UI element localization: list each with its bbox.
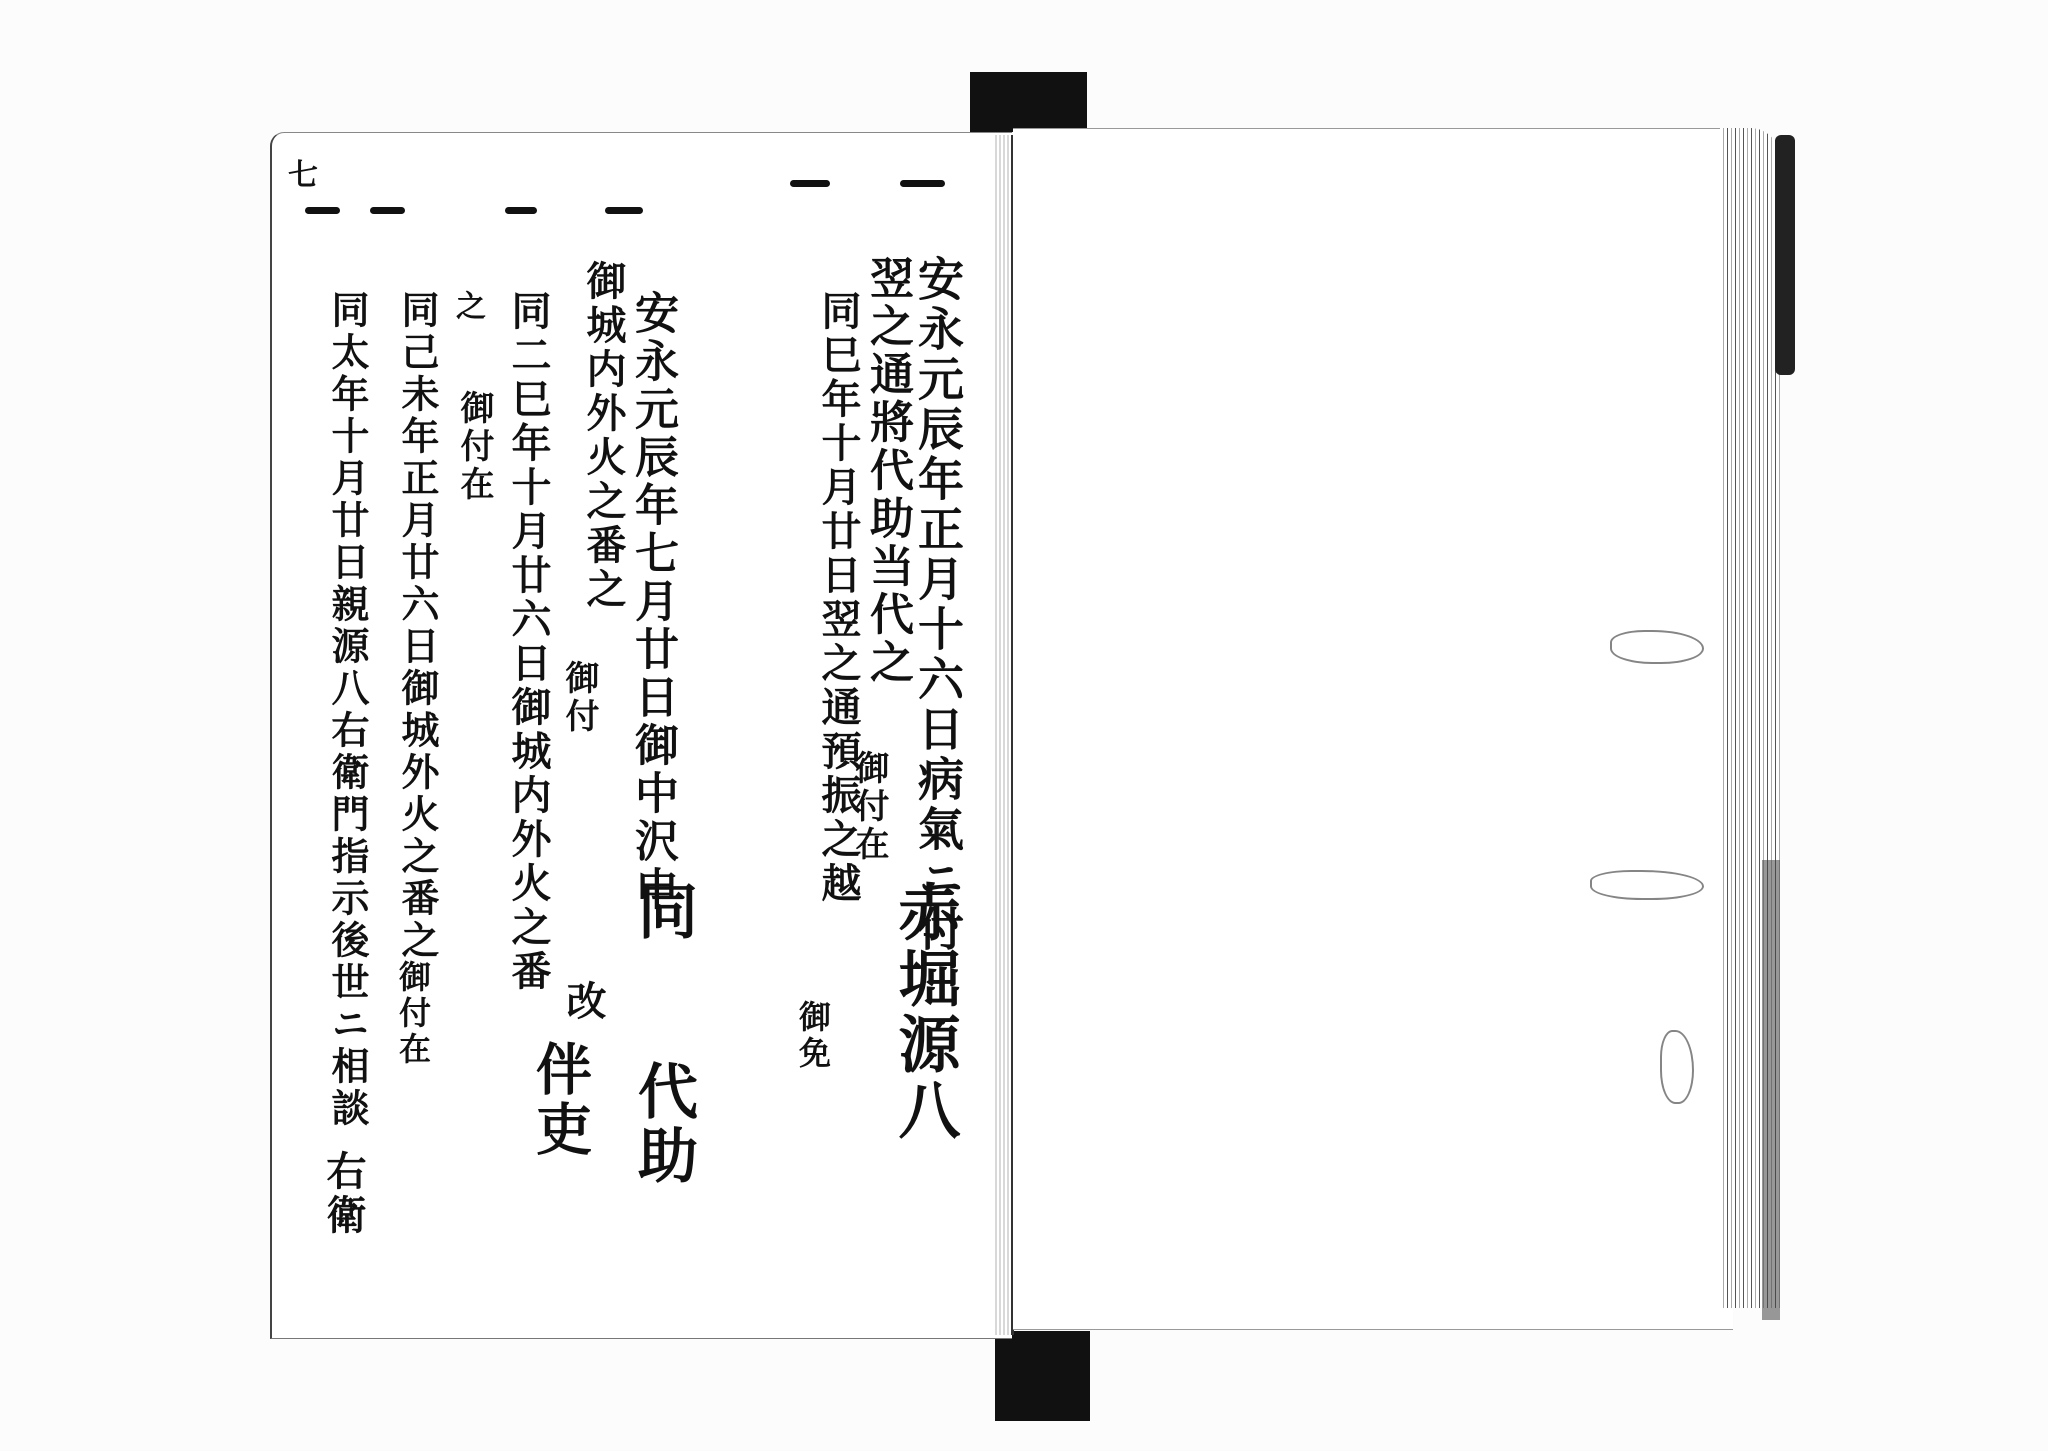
text-column: 御付 — [555, 660, 604, 736]
item-marker — [900, 180, 945, 187]
text-column: 同巳年十月廿日翌之通預振之越 — [810, 290, 867, 906]
text-column: 御城内外火之番之 — [575, 260, 632, 612]
paper-stain — [1590, 870, 1704, 900]
item-marker — [305, 207, 340, 214]
item-marker — [370, 207, 405, 214]
item-marker — [790, 180, 830, 187]
person-name: 代助 — [620, 1060, 706, 1188]
item-marker — [505, 207, 537, 214]
person-name: 伴吏 — [520, 1040, 600, 1160]
paper-stain — [1610, 630, 1704, 664]
text-column: 同太年十月廿日親源八右衛門指示後世ニ相談 — [320, 290, 375, 1130]
book-spine — [995, 135, 1014, 1335]
top-binding-tab — [970, 72, 1087, 132]
text-column: 同二巳年十月廿六日御城内外火之番 — [500, 290, 557, 994]
text-column: 之 — [445, 290, 489, 324]
text-column: 御免 — [790, 1000, 836, 1072]
page-edge-shadow — [1762, 860, 1780, 1320]
text-column: 改 — [555, 980, 612, 1024]
person-name: 同 — [620, 880, 706, 944]
bottom-binding-tab — [995, 1331, 1090, 1421]
text-column: 同己未年正月廿六日御城外火之番之 — [390, 290, 445, 962]
text-column: 御付在 — [390, 960, 436, 1068]
right-page — [1013, 128, 1733, 1330]
text-column: 右衛 — [315, 1150, 372, 1238]
cover-edge — [1775, 135, 1795, 375]
item-marker — [605, 207, 643, 214]
text-column: 御付在 — [450, 390, 499, 504]
person-name: 赤堀源八 — [880, 880, 969, 1144]
page-marker: 七 — [288, 150, 318, 194]
